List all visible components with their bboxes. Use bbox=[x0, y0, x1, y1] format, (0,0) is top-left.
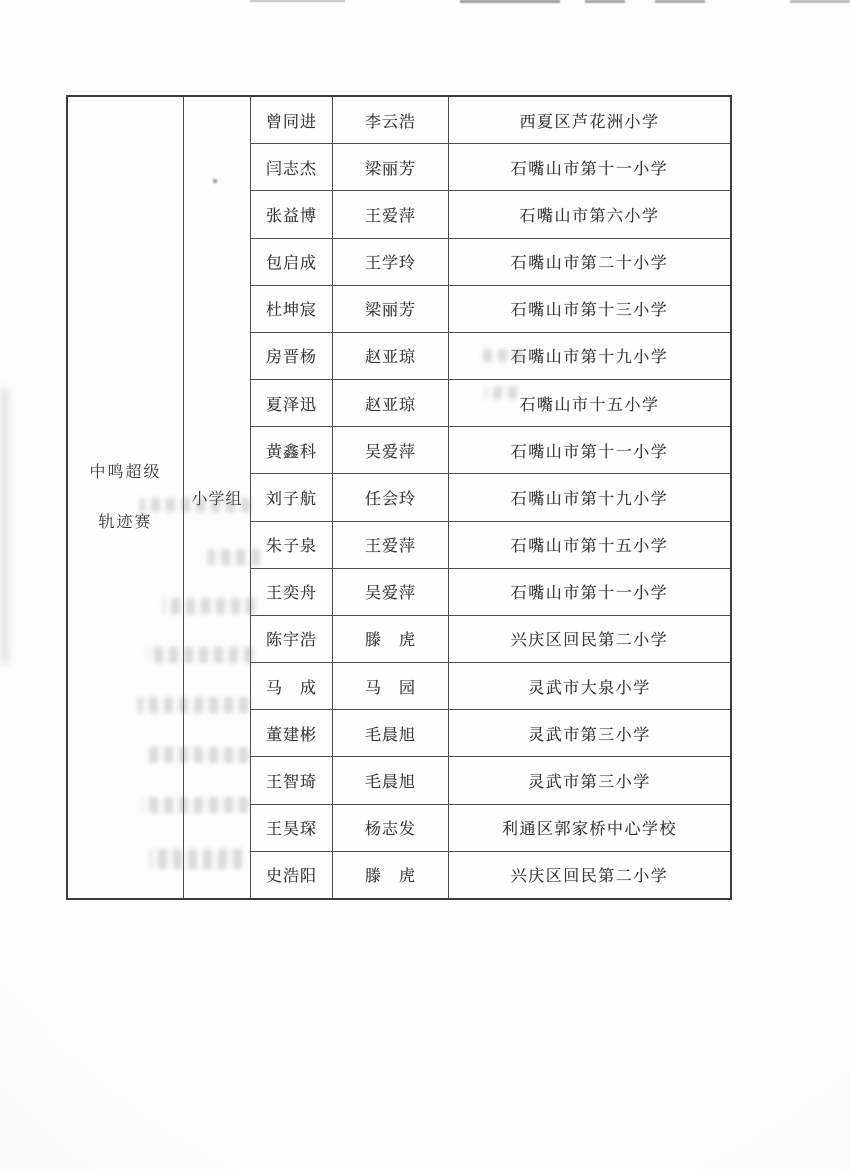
school-cell: 石嘴山市第十三小学 bbox=[449, 286, 730, 332]
table-row: 包启成 王学玲 石嘴山市第二十小学 bbox=[251, 239, 730, 286]
school-cell: 石嘴山市第十一小学 bbox=[449, 144, 730, 190]
student-name-cell: 王昊琛 bbox=[251, 805, 332, 851]
teacher-name-cell: 梁丽芳 bbox=[332, 144, 449, 190]
teacher-name-cell: 吴爱萍 bbox=[332, 427, 449, 473]
table-row: 王奕舟 吴爱萍 石嘴山市第十一小学 bbox=[251, 569, 730, 616]
teacher-name-cell: 王学玲 bbox=[332, 239, 449, 285]
school-cell: 石嘴山市第十九小学 bbox=[449, 474, 730, 520]
student-name-cell: 张益博 bbox=[251, 191, 332, 237]
table-row: 杜坤宸 梁丽芳 石嘴山市第十三小学 bbox=[251, 286, 730, 333]
table-row: 朱子泉 王爱萍 石嘴山市第十五小学 bbox=[251, 522, 730, 569]
bleed-through-artifact bbox=[142, 797, 248, 813]
school-cell: 灵武市大泉小学 bbox=[449, 663, 730, 709]
school-cell: 石嘴山市第十五小学 bbox=[449, 522, 730, 568]
school-cell: 石嘴山市第十一小学 bbox=[449, 569, 730, 615]
student-name-cell: 刘子航 bbox=[251, 474, 332, 520]
teacher-name-cell: 王爱萍 bbox=[332, 522, 449, 568]
table-row: 张益博 王爱萍 石嘴山市第六小学 bbox=[251, 191, 730, 238]
student-name-cell: 夏泽迅 bbox=[251, 380, 332, 426]
scan-edge-line bbox=[250, 0, 345, 2]
school-cell: 石嘴山市第二十小学 bbox=[449, 239, 730, 285]
bleed-through-artifact bbox=[150, 849, 242, 869]
school-cell: 灵武市第三小学 bbox=[449, 710, 730, 756]
table-row: 王智琦 毛晨旭 灵武市第三小学 bbox=[251, 757, 730, 804]
bleed-through-artifact bbox=[208, 549, 260, 565]
school-cell: 兴庆区回民第二小学 bbox=[449, 616, 730, 662]
teacher-name-cell: 吴爱萍 bbox=[332, 569, 449, 615]
table-row: 王昊琛 杨志发 利通区郭家桥中心学校 bbox=[251, 805, 730, 852]
bleed-through-artifact bbox=[138, 697, 248, 713]
teacher-name-cell: 毛晨旭 bbox=[332, 710, 449, 756]
school-cell: 兴庆区回民第二小学 bbox=[449, 852, 730, 898]
teacher-name-cell: 李云浩 bbox=[332, 97, 449, 143]
teacher-name-cell: 梁丽芳 bbox=[332, 286, 449, 332]
bleed-through-artifact bbox=[140, 498, 250, 512]
student-name-cell: 房晋杨 bbox=[251, 333, 332, 379]
scan-edge-line bbox=[460, 0, 560, 3]
student-name-cell: 曾同进 bbox=[251, 97, 332, 143]
school-cell: 利通区郭家桥中心学校 bbox=[449, 805, 730, 851]
school-cell: 西夏区芦花洲小学 bbox=[449, 97, 730, 143]
student-name-cell: 黄鑫科 bbox=[251, 427, 332, 473]
student-name-cell: 董建彬 bbox=[251, 710, 332, 756]
teacher-name-cell: 马 园 bbox=[332, 663, 449, 709]
teacher-name-cell: 赵亚琼 bbox=[332, 380, 449, 426]
bleed-through-artifact bbox=[163, 598, 255, 614]
bleed-through-artifact bbox=[146, 747, 248, 763]
table-row: 史浩阳 滕 虎 兴庆区回民第二小学 bbox=[251, 852, 730, 898]
table-row: 曾同进 李云浩 西夏区芦花洲小学 bbox=[251, 97, 730, 144]
table-row: 董建彬 毛晨旭 灵武市第三小学 bbox=[251, 710, 730, 757]
teacher-name-cell: 滕 虎 bbox=[332, 616, 449, 662]
scan-edge-shadow bbox=[0, 388, 9, 663]
teacher-name-cell: 滕 虎 bbox=[332, 852, 449, 898]
table-row: 黄鑫科 吴爱萍 石嘴山市第十一小学 bbox=[251, 427, 730, 474]
bleed-through-artifact bbox=[482, 349, 522, 362]
bleed-through-artifact bbox=[147, 647, 253, 663]
table-row: 闫志杰 梁丽芳 石嘴山市第十一小学 bbox=[251, 144, 730, 191]
student-name-cell: 杜坤宸 bbox=[251, 286, 332, 332]
table-rows: 曾同进 李云浩 西夏区芦花洲小学 闫志杰 梁丽芳 石嘴山市第十一小学 张益博 王… bbox=[251, 97, 730, 898]
table-row: 刘子航 任会玲 石嘴山市第十九小学 bbox=[251, 474, 730, 521]
teacher-name-cell: 毛晨旭 bbox=[332, 757, 449, 803]
student-name-cell: 闫志杰 bbox=[251, 144, 332, 190]
school-cell: 石嘴山市第十一小学 bbox=[449, 427, 730, 473]
school-cell: 石嘴山市第六小学 bbox=[449, 191, 730, 237]
table-row: 马 成 马 园 灵武市大泉小学 bbox=[251, 663, 730, 710]
scan-edge-line bbox=[655, 0, 705, 3]
event-name-line1: 中鸣超级 bbox=[89, 448, 161, 498]
student-name-cell: 史浩阳 bbox=[251, 852, 332, 898]
teacher-name-cell: 王爱萍 bbox=[332, 191, 449, 237]
student-name-cell: 王智琦 bbox=[251, 757, 332, 803]
ink-speck bbox=[213, 179, 217, 183]
bleed-through-artifact bbox=[485, 387, 517, 399]
student-name-cell: 陈宇浩 bbox=[251, 616, 332, 662]
student-name-cell: 马 成 bbox=[251, 663, 332, 709]
scan-edge-line bbox=[585, 0, 625, 3]
table-row: 陈宇浩 滕 虎 兴庆区回民第二小学 bbox=[251, 616, 730, 663]
teacher-name-cell: 杨志发 bbox=[332, 805, 449, 851]
teacher-name-cell: 任会玲 bbox=[332, 474, 449, 520]
scanned-document-page: 中鸣超级 轨迹赛 小学组 曾同进 李云浩 西夏区芦花洲小学 闫志杰 梁丽芳 石嘴… bbox=[0, 0, 850, 1169]
teacher-name-cell: 赵亚琼 bbox=[332, 333, 449, 379]
student-name-cell: 包启成 bbox=[251, 239, 332, 285]
school-cell: 灵武市第三小学 bbox=[449, 757, 730, 803]
student-name-cell: 朱子泉 bbox=[251, 522, 332, 568]
student-name-cell: 王奕舟 bbox=[251, 569, 332, 615]
scan-edge-line bbox=[790, 0, 850, 3]
